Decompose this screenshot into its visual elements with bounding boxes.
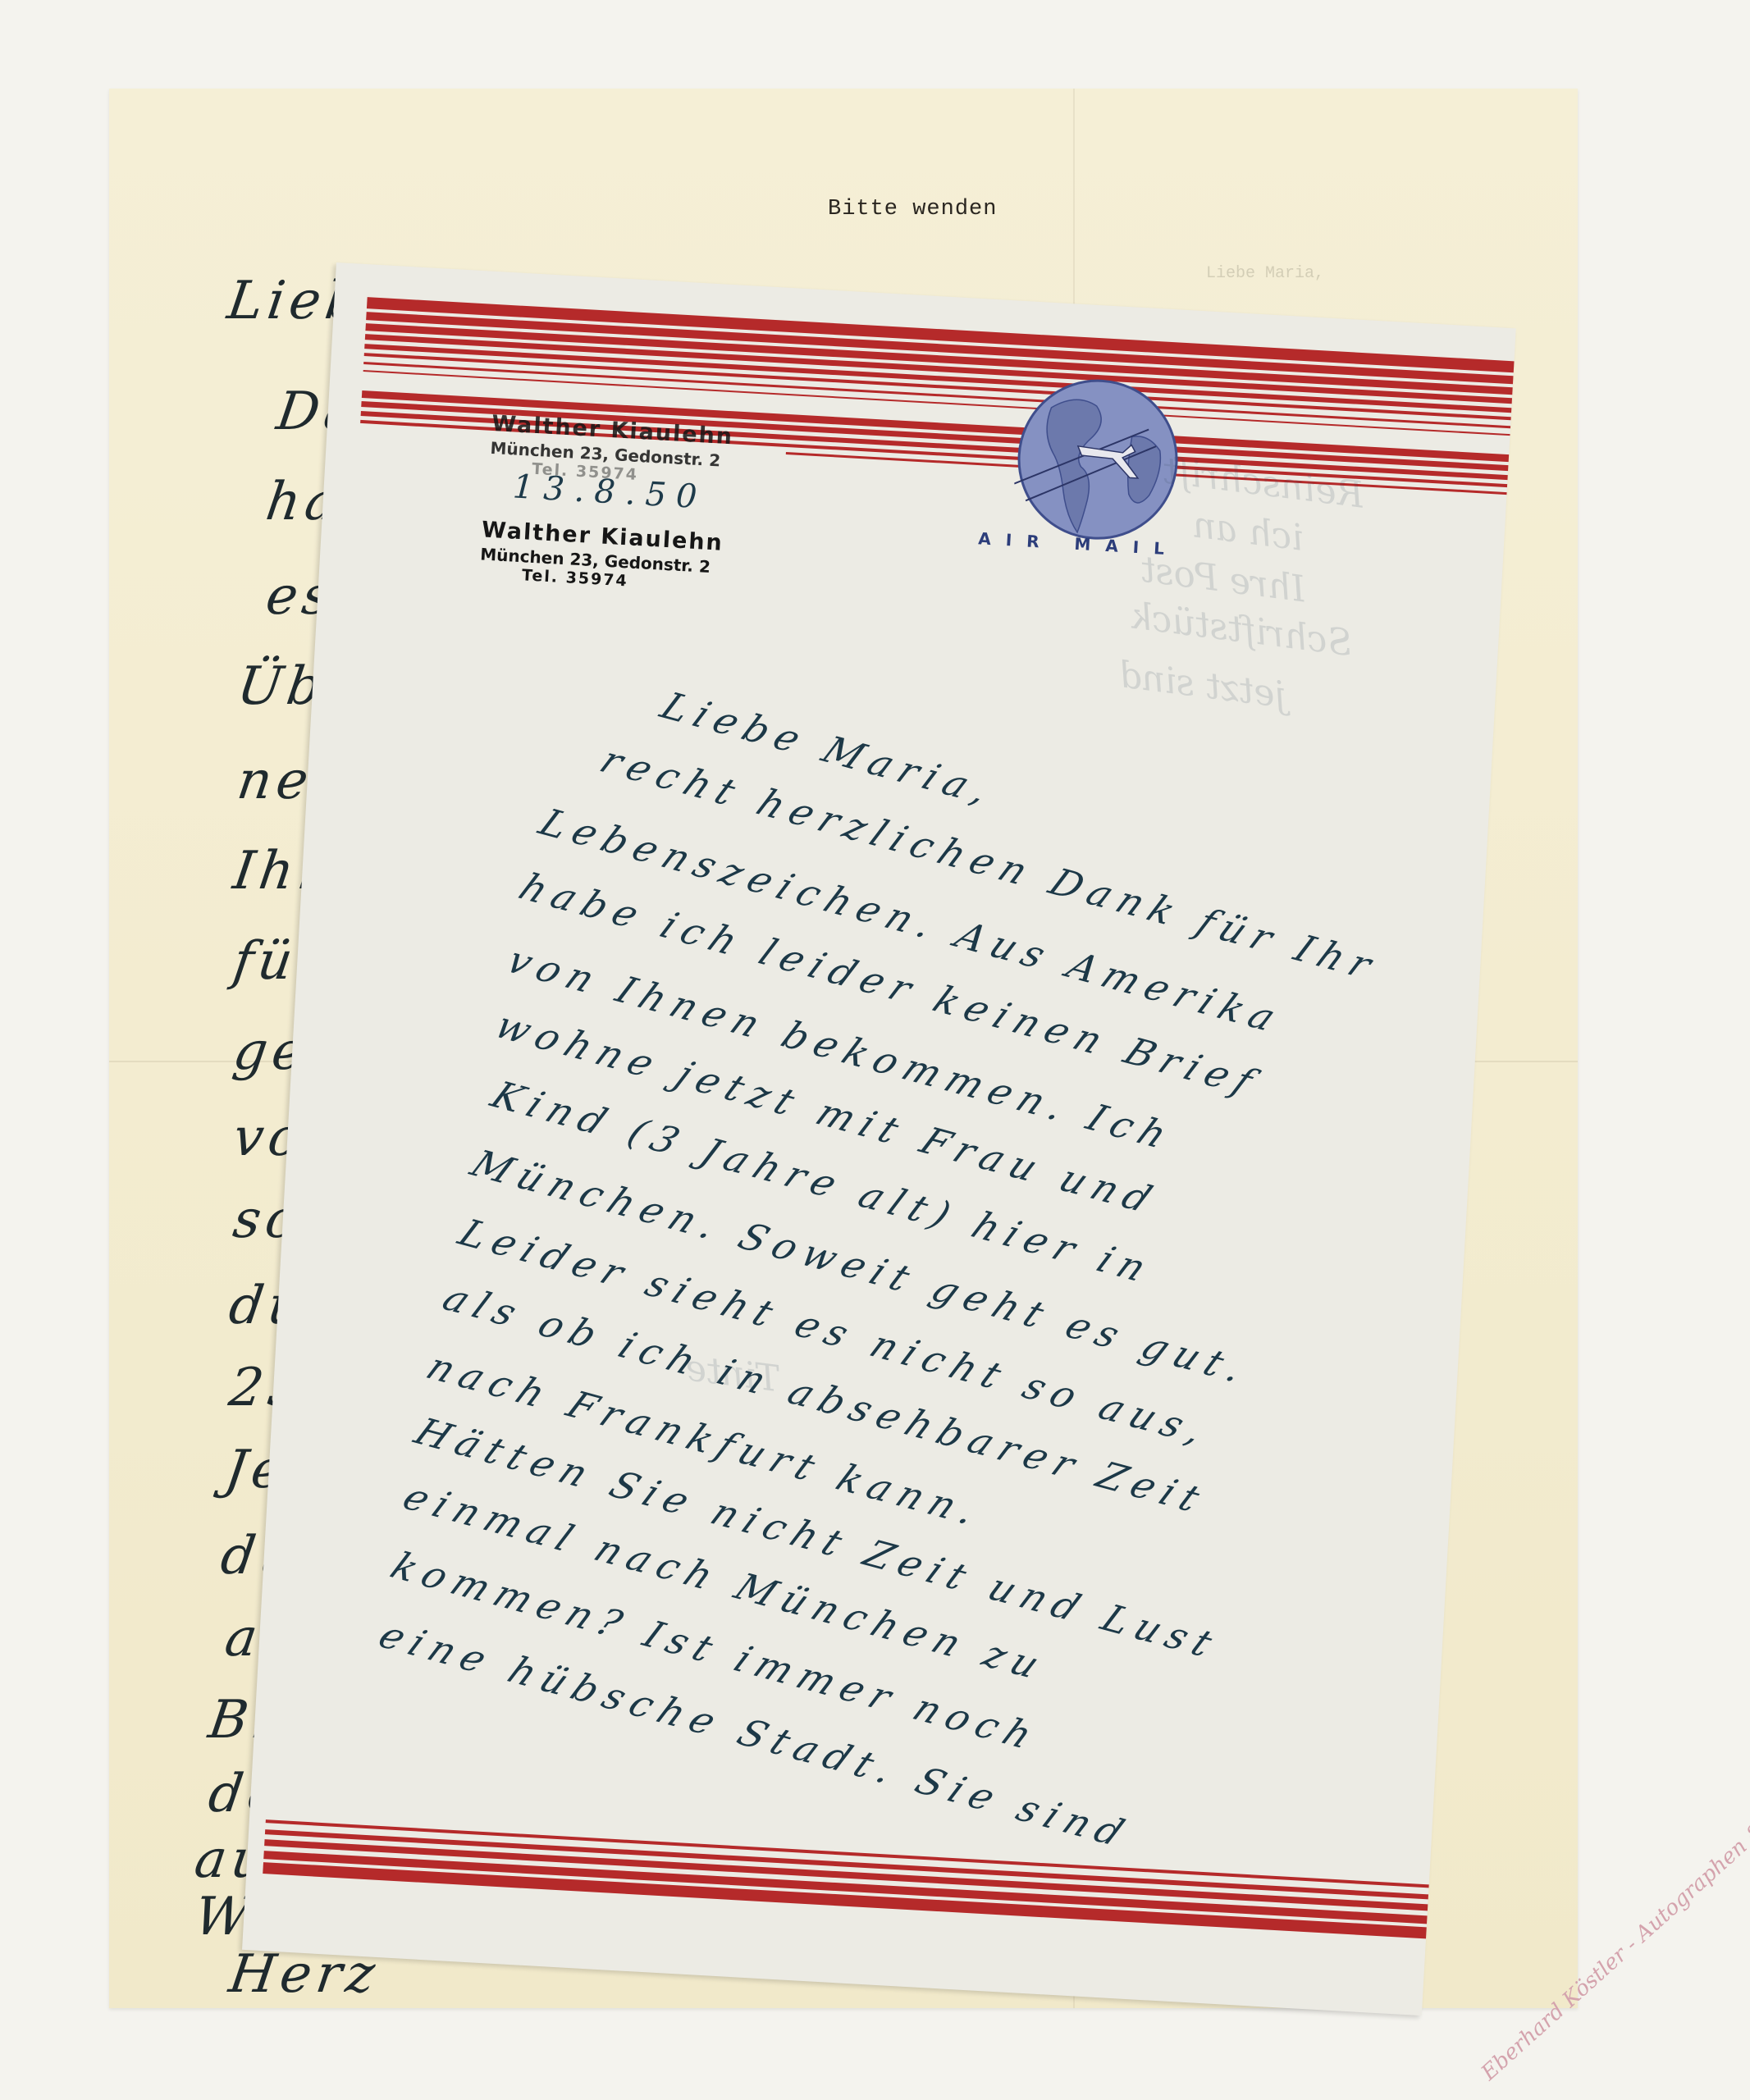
typed-note-bitte-wenden: Bitte wenden	[828, 197, 997, 221]
airmail-bottom-stripes	[261, 1819, 1428, 1966]
airmail-globe-icon	[1012, 373, 1185, 546]
letterhead-stamp: Walther Kiaulehn München 23, Gedonstr. 2…	[479, 517, 724, 595]
bleed-through-text: jetzt sind	[1116, 654, 1288, 716]
airmail-letter-sheet: AIR MAIL Walther Kiaulehn München 23, Ge…	[242, 262, 1516, 2016]
bleed-through-text: Schriftstück	[1128, 595, 1355, 664]
ghost-typed-line: Liebe Maria,	[1206, 264, 1324, 283]
